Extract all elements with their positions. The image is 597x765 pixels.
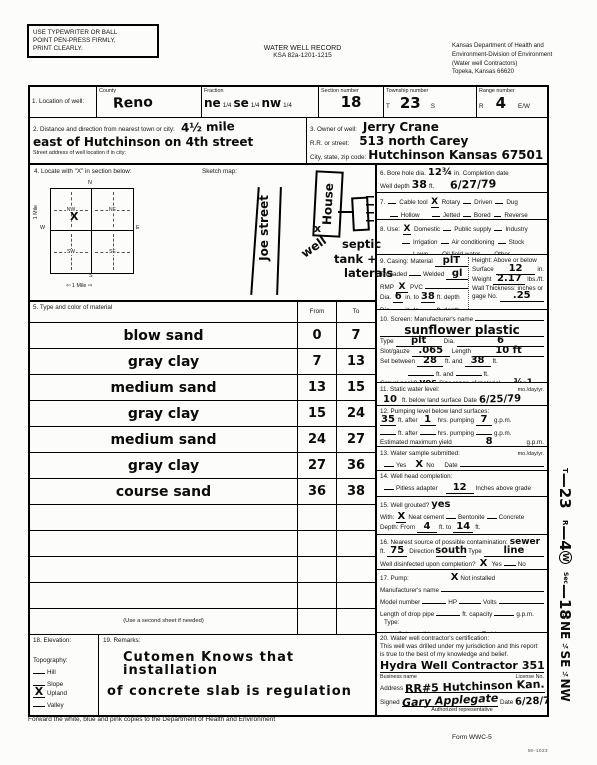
contamination-type-value: line bbox=[504, 546, 525, 556]
certification-line-2: is true to the best of my knowledge and … bbox=[380, 651, 544, 659]
est-yield-label: Estimated maximum yield bbox=[380, 439, 452, 447]
fraction-q3: nw bbox=[262, 97, 282, 109]
sample-mdy-label: mo./day/yr. bbox=[518, 451, 544, 457]
certification-line-1: This well was drilled under my jurisdict… bbox=[380, 643, 544, 651]
material-name: course sand bbox=[30, 485, 297, 499]
est-yield-value: 8 bbox=[486, 437, 493, 447]
method-bored: Bored bbox=[474, 212, 491, 220]
range-label: Range number bbox=[479, 88, 545, 94]
pitless-label: Pitless adapter bbox=[396, 485, 438, 493]
use-industry: Industry bbox=[505, 226, 527, 234]
section-5-materials: 5. Type and color of material From To bl… bbox=[30, 300, 375, 634]
pumping-ft-after: ft. after bbox=[398, 417, 418, 425]
remarks-line-1: Cutomen Knows that installation bbox=[123, 651, 371, 677]
bore-dia-value: 12¾ bbox=[428, 168, 452, 178]
material-to: 7 bbox=[336, 323, 375, 348]
section-14-wellhead: 14. Well head completion: Pitless adapte… bbox=[377, 471, 547, 496]
to-header: To bbox=[336, 302, 375, 322]
pumping-level-value: 35 bbox=[381, 415, 395, 425]
surface-label: Surface bbox=[472, 266, 494, 274]
method-cable-tool: Cable tool bbox=[399, 199, 427, 207]
county-value: Reno bbox=[113, 96, 153, 111]
margin-se: SE bbox=[558, 650, 572, 667]
section-2-3-row: 2. Distance and direction from nearest t… bbox=[30, 118, 547, 165]
disinfected-yes: Yes bbox=[491, 561, 501, 569]
slot-label: Slot/gauze bbox=[380, 348, 410, 356]
owner-label: 3. Owner of well: bbox=[310, 126, 357, 134]
method-dug: Dug bbox=[506, 199, 518, 207]
set-to-value: 38 bbox=[471, 356, 485, 366]
grout-ft: ft. bbox=[475, 524, 480, 532]
from-header: From bbox=[297, 302, 336, 322]
margin-quarters: ¼NE ¼SE ¼NW bbox=[558, 614, 572, 702]
grid-ne: NE bbox=[92, 189, 133, 231]
method-jetted: Jetted bbox=[443, 212, 460, 220]
section-19-remarks: 19. Remarks: Cutomen Knows that installa… bbox=[99, 635, 375, 715]
set-ft: ft. bbox=[493, 358, 498, 366]
township-suffix: S bbox=[431, 103, 435, 111]
instruction-line: USE TYPEWRITER OR BALL bbox=[33, 29, 153, 37]
screen-type-label: Type bbox=[380, 338, 394, 346]
form-body: 1. Location of well: County Reno Fractio… bbox=[28, 85, 549, 717]
pumping-hrs-label-2: hrs. pumping bbox=[438, 430, 474, 438]
casing-left: 9. Casing:MaterialplT ThreadedWeldedgl R… bbox=[380, 257, 468, 311]
material-row: medium sand 13 15 bbox=[30, 375, 375, 401]
gage-label: gage No. bbox=[472, 293, 498, 301]
gage-value: .25 bbox=[513, 291, 531, 301]
fraction-q2: se bbox=[233, 97, 248, 109]
material-from: 7 bbox=[297, 349, 336, 374]
section-17-pump: 17. Pump:XNot installed Manufacturer's n… bbox=[377, 570, 547, 633]
casing-depth-value: 38 bbox=[421, 292, 435, 302]
set-between-label: Set between bbox=[380, 358, 415, 366]
pump-mfr-label: Manufacturer's name bbox=[380, 587, 439, 595]
material-to: 13 bbox=[336, 349, 375, 374]
pumping-hrs-label: hrs. pumping bbox=[438, 417, 474, 425]
upland-x-mark: X bbox=[35, 686, 43, 697]
section-18-elevation: 18. Elevation: Topography: Hill Slope XU… bbox=[30, 635, 99, 715]
wellhead-label: 14. Well head completion: bbox=[380, 473, 544, 481]
material-to: 38 bbox=[336, 479, 375, 504]
sample-no-x-mark: X bbox=[415, 460, 423, 470]
section-18-19-row: 18. Elevation: Topography: Hill Slope XU… bbox=[30, 634, 375, 715]
margin-quarter-label: ¼ bbox=[562, 614, 569, 621]
material-from: 15 bbox=[297, 401, 336, 426]
concrete-label: Concrete bbox=[499, 514, 525, 522]
sample-label: 13. Water sample submitted: bbox=[380, 450, 460, 458]
margin-range: R—4W bbox=[556, 520, 574, 564]
pumping-gpm-label: g.p.m. bbox=[494, 417, 512, 425]
bore-in-label: in. bbox=[454, 170, 461, 178]
threaded-label: Threaded bbox=[380, 271, 407, 279]
locate-label: 4. Locate with "X" in section below: bbox=[34, 168, 132, 176]
cert-date-value: 6/28/79 bbox=[515, 696, 547, 707]
static-below-label: ft. below land surface bbox=[402, 397, 462, 405]
neat-cement-x-mark: X bbox=[397, 512, 405, 522]
business-name-label: Business name bbox=[380, 674, 417, 680]
pitless-height-value: 12 bbox=[453, 483, 467, 493]
sample-yes: Yes bbox=[396, 462, 406, 470]
est-gpm-label: g.p.m. bbox=[527, 439, 545, 447]
use-domestic: Domestic bbox=[414, 226, 440, 234]
quarter-label: 1/4 bbox=[223, 102, 232, 110]
sample-date-label: Date bbox=[444, 462, 457, 470]
disinfected-no: No bbox=[518, 561, 526, 569]
material-row-empty bbox=[30, 557, 375, 583]
topo-upland: Upland bbox=[47, 690, 67, 698]
water-well-record-sheet: USE TYPEWRITER OR BALL POINT PEN-PRESS F… bbox=[0, 0, 597, 765]
section-10-screen: 10. Screen:Manufacturer's name sunflower… bbox=[377, 310, 547, 382]
rr-label: R.R. or street: bbox=[310, 140, 349, 148]
statute-number: KSA 82a-1201-1215 bbox=[225, 52, 380, 59]
set2-ft-and: ft. and bbox=[436, 371, 454, 379]
casing-ft-depth: ft. depth bbox=[437, 294, 460, 302]
method-reverse-rotary: Reverse rotary bbox=[504, 212, 544, 220]
agency-line: Environment-Division of Environment bbox=[452, 51, 582, 60]
pump-gpm-label: g.p.m. bbox=[516, 611, 534, 619]
street-name: Joe street bbox=[258, 195, 270, 261]
elevation-label: 18. Elevation: bbox=[33, 637, 95, 645]
county-cell: County Reno bbox=[97, 87, 202, 117]
not-installed-x-mark: X bbox=[451, 573, 459, 583]
range-value: 4 bbox=[496, 96, 506, 111]
section-15-grout: 15. Well grouted?yes With:XNeat cementBe… bbox=[377, 497, 547, 535]
length-value: 10 ft bbox=[495, 346, 522, 356]
footer-note: Forward the white, blue and pink copies … bbox=[28, 716, 275, 724]
bore-label: 6. Bore hole dia. bbox=[380, 170, 426, 178]
owner-name: Jerry Crane bbox=[363, 121, 439, 133]
grout-answer: yes bbox=[431, 500, 450, 510]
casing-right: Height: Above or below Surface12in. Weig… bbox=[468, 257, 544, 311]
method-num: 7. bbox=[380, 199, 385, 207]
material-to: 27 bbox=[336, 427, 375, 452]
well-label: well bbox=[299, 234, 328, 260]
range-suffix: E/W bbox=[518, 103, 530, 111]
rr-value: 513 north Carey bbox=[359, 135, 468, 147]
material-from: 36 bbox=[297, 479, 336, 504]
remarks-line-2: of concrete slab is regulation bbox=[107, 685, 371, 698]
contamination-ft-label: ft. bbox=[380, 548, 385, 556]
business-name-value: Hydra Well Contractor bbox=[380, 660, 518, 671]
material-name: gray clay bbox=[30, 459, 297, 473]
margin-ne: NE bbox=[558, 621, 572, 639]
material-row-empty bbox=[30, 531, 375, 557]
static-level-value: 10 bbox=[383, 395, 397, 405]
agency-line: Kansas Department of Health and bbox=[452, 42, 582, 51]
surface-value: 12 bbox=[509, 264, 523, 274]
instruction-box: USE TYPEWRITER OR BALL POINT PEN-PRESS F… bbox=[27, 24, 159, 58]
instruction-line: POINT PEN-PRESS FIRMLY, bbox=[33, 37, 153, 45]
drop-pipe-label: Length of drop pipe bbox=[380, 611, 434, 619]
address-label: Address bbox=[380, 685, 403, 693]
certification-label: 20. Water well contractor's certificatio… bbox=[380, 635, 544, 643]
pump-label: 17. Pump: bbox=[380, 575, 409, 583]
contamination-type-label: Type bbox=[468, 548, 482, 556]
method-hollow-rod: Hollow rod bbox=[401, 212, 430, 220]
section-8-use: 8. Use: XDomestic Public supply Industry… bbox=[377, 220, 547, 255]
material-name: medium sand bbox=[30, 381, 297, 395]
page-title: WATER WELL RECORD bbox=[225, 45, 380, 52]
section-16-contamination: 16. Nearest source of possible contamina… bbox=[377, 535, 547, 570]
section-3-owner: 3. Owner of well: Jerry Crane R.R. or st… bbox=[307, 118, 547, 163]
margin-section-label: Sec bbox=[562, 572, 569, 584]
well-depth-ft: ft. bbox=[429, 183, 434, 191]
material-row: course sand 36 38 bbox=[30, 479, 375, 505]
margin-section: Sec—18 bbox=[556, 572, 574, 620]
grid-x-mark: X bbox=[70, 211, 78, 222]
mile-bottom-label: ⇦ 1 Mile ⇨ bbox=[66, 283, 92, 289]
static-date-value: 6/25/79 bbox=[479, 394, 521, 405]
material-row: gray clay 27 36 bbox=[30, 453, 375, 479]
right-column: 6. Bore hole dia. 12¾ in. Completion dat… bbox=[377, 165, 547, 717]
agency-block: Kansas Department of Health and Environm… bbox=[452, 42, 582, 77]
domestic-x-mark: X bbox=[403, 225, 410, 234]
pumping-label: 12. Pumping level below land surfaces: bbox=[380, 408, 544, 416]
set-from-value: 28 bbox=[423, 356, 437, 366]
use-stock: Stock bbox=[509, 239, 525, 247]
material-from: 24 bbox=[297, 427, 336, 452]
section-7-method: 7. Cable tool XRotary Driven Dug Hollow … bbox=[377, 193, 547, 220]
city-value: Hutchinson Kansas 67501 bbox=[368, 149, 543, 161]
completion-date-value: 6/27/79 bbox=[450, 178, 497, 191]
section-number-cell: Section number 18 bbox=[319, 87, 384, 117]
township-value: 23 bbox=[400, 96, 421, 111]
grout-with-label: With: bbox=[380, 514, 394, 522]
license-value: 351 bbox=[522, 660, 545, 671]
material-to: 15 bbox=[336, 375, 375, 400]
distance-label: 2. Distance and direction from nearest t… bbox=[33, 126, 175, 134]
use-num: 8. Use: bbox=[380, 226, 400, 234]
model-label: Model number bbox=[380, 599, 420, 607]
not-installed-label: Not installed bbox=[460, 575, 495, 583]
static-level-label: 11. Static water level: bbox=[380, 386, 439, 394]
rotary-x-mark: X bbox=[431, 198, 438, 207]
city-label: City, state, zip code: bbox=[310, 154, 366, 162]
static-mdy-label: mo./day/yr. bbox=[518, 387, 544, 393]
casing-dia-label: Dia. bbox=[380, 294, 391, 302]
welded-value: gl bbox=[452, 269, 463, 279]
fraction-label: Fraction bbox=[204, 88, 316, 94]
form-number: Form WWC-5 bbox=[452, 734, 492, 742]
section-6-bore-hole: 6. Bore hole dia. 12¾ in. Completion dat… bbox=[377, 165, 547, 193]
fraction-cell: Fraction ne 1/4 se 1/4 nw 1/4 bbox=[202, 87, 319, 117]
cert-date-label: Date bbox=[500, 699, 513, 707]
margin-range-value: —4 bbox=[556, 525, 574, 550]
signed-label: Signed bbox=[380, 699, 400, 707]
section-12-pumping: 12. Pumping level below land surfaces: 3… bbox=[377, 406, 547, 447]
use-air-conditioning: Air conditioning bbox=[452, 239, 495, 247]
range-prefix: R bbox=[479, 103, 484, 111]
length-label: Length bbox=[452, 348, 471, 356]
street-address-label: Street address of well location if in ci… bbox=[33, 150, 303, 156]
disinfected-yes-x-mark: X bbox=[480, 559, 488, 569]
above-grade-label: Inches above grade bbox=[476, 485, 531, 493]
screen-dia-label: Dia. bbox=[444, 338, 455, 346]
sample-no: No bbox=[426, 462, 434, 470]
street-line-right bbox=[276, 187, 282, 295]
print-code: MI-1023 bbox=[528, 748, 548, 753]
hp-label: HP bbox=[448, 599, 457, 607]
casing-material-label: Material bbox=[410, 258, 432, 266]
direction-value: south bbox=[435, 546, 467, 556]
material-name: gray clay bbox=[30, 407, 297, 421]
left-column: 4. Locate with "X" in section below: Ske… bbox=[30, 165, 377, 717]
section-11-static-level: 11. Static water level:mo./day/yr. 10ft.… bbox=[377, 383, 547, 406]
agency-line: (Water well Contractors) bbox=[452, 60, 582, 69]
pumping-gpm-value: 7 bbox=[481, 415, 488, 425]
well-depth-value: 38 bbox=[412, 179, 427, 190]
grout-ft-to: ft. to bbox=[439, 524, 451, 532]
set2-ft: ft. bbox=[484, 371, 489, 379]
house-label: House bbox=[321, 183, 335, 226]
material-to: 24 bbox=[336, 401, 375, 426]
section-13-sample: 13. Water sample submitted:mo./day/yr. Y… bbox=[377, 447, 547, 471]
title-block: WATER WELL RECORD KSA 82a-1201-1215 bbox=[225, 45, 380, 59]
location-label: 1. Location of well: bbox=[30, 87, 97, 117]
section-2-distance: 2. Distance and direction from nearest t… bbox=[30, 118, 307, 163]
house-box: House bbox=[312, 170, 343, 237]
material-row: gray clay 15 24 bbox=[30, 401, 375, 427]
grid-sw: SW bbox=[51, 231, 92, 273]
casing-label: 9. Casing: bbox=[380, 258, 408, 266]
compass-n: N bbox=[88, 180, 92, 186]
quarter-label: 1/4 bbox=[251, 102, 260, 110]
material-to: 36 bbox=[336, 453, 375, 478]
margin-range-west: W bbox=[559, 551, 572, 564]
material-from: 13 bbox=[297, 375, 336, 400]
volts-label: Volts bbox=[483, 599, 497, 607]
material-name: blow sand bbox=[30, 329, 297, 343]
section-9-casing: 9. Casing:MaterialplT ThreadedWeldedgl R… bbox=[377, 255, 547, 311]
material-name: medium sand bbox=[30, 433, 297, 447]
compass-e: E bbox=[136, 225, 140, 231]
grout-from-value: 4 bbox=[424, 522, 431, 532]
capacity-label: ft. capacity bbox=[462, 611, 492, 619]
section-grid: NW NE SW SE bbox=[50, 188, 134, 274]
distance-value-1: 4½ mile bbox=[181, 120, 235, 134]
pumping-ft-after-2: ft. after bbox=[398, 430, 418, 438]
pump-type-label: Type: bbox=[384, 619, 544, 627]
direction-label: Direction bbox=[409, 548, 434, 556]
material-from: 27 bbox=[297, 453, 336, 478]
surface-in: in. bbox=[537, 266, 544, 274]
contamination-distance: 75 bbox=[390, 546, 404, 556]
agency-line: Topeka, Kansas 66620 bbox=[452, 68, 582, 77]
method-rotary: Rotary bbox=[442, 199, 461, 207]
material-name: gray clay bbox=[30, 355, 297, 369]
welded-label: Welded bbox=[423, 271, 444, 279]
margin-township: T—23 bbox=[556, 468, 574, 509]
static-date-label: Date bbox=[464, 397, 477, 405]
material-from: 0 bbox=[297, 323, 336, 348]
section-4-locate: 4. Locate with "X" in section below: Ske… bbox=[30, 165, 375, 300]
quarter-label: 1/4 bbox=[283, 102, 292, 110]
sketch-map-label: Sketch map: bbox=[202, 168, 237, 176]
topo-valley: Valley bbox=[47, 702, 64, 710]
margin-township-value: —23 bbox=[556, 473, 574, 509]
pumping-hours-value: 1 bbox=[424, 415, 431, 425]
mile-left-label: 1 Mile bbox=[33, 205, 39, 219]
materials-label: 5. Type and color of material bbox=[33, 304, 112, 311]
material-row: gray clay 7 13 bbox=[30, 349, 375, 375]
set-ft-and: ft. and bbox=[445, 358, 463, 366]
method-driven: Driven bbox=[474, 199, 492, 207]
disinfected-label: Well disinfected upon completion? bbox=[380, 561, 475, 569]
casing-dia-value: 6 bbox=[395, 292, 402, 302]
distance-value-2: east of Hutchinson on 4th street bbox=[33, 136, 303, 148]
topography-label: Topography: bbox=[33, 657, 95, 665]
material-row-empty bbox=[30, 583, 375, 609]
material-note-row: (Use a second sheet if needed) bbox=[30, 609, 375, 634]
topo-slope: Slope bbox=[47, 681, 63, 689]
casing-in-to: in. to bbox=[405, 294, 419, 302]
use-public-supply: Public supply bbox=[454, 226, 491, 234]
grout-to-value: 14 bbox=[456, 522, 470, 532]
weight-value: 2.17 bbox=[497, 274, 522, 284]
pumping-gpm-label-2: g.p.m. bbox=[494, 430, 512, 438]
grout-depth-label: Depth: From bbox=[380, 524, 415, 532]
section-number-value: 18 bbox=[321, 95, 381, 110]
township-prefix: T bbox=[386, 103, 390, 111]
rmp-label: RMP bbox=[380, 284, 394, 292]
grid-se: SE bbox=[92, 231, 133, 273]
fraction-q1: ne bbox=[204, 97, 221, 109]
second-sheet-note: (Use a second sheet if needed) bbox=[30, 618, 297, 625]
grout-label: 15. Well grouted? bbox=[380, 502, 429, 510]
section-1-location: 1. Location of well: County Reno Fractio… bbox=[30, 87, 547, 118]
compass-s: S bbox=[89, 273, 93, 279]
material-row: blow sand 0 7 bbox=[30, 323, 375, 349]
weight-label: Weight bbox=[472, 276, 491, 284]
section-20-certification: 20. Water well contractor's certificatio… bbox=[377, 633, 547, 717]
material-row: medium sand 24 27 bbox=[30, 427, 375, 453]
compass-w: W bbox=[40, 225, 45, 231]
weight-lbs: lbs./ft. bbox=[527, 276, 544, 284]
laterals-lines bbox=[366, 196, 374, 228]
material-row-empty bbox=[30, 505, 375, 531]
well-depth-label: Well depth bbox=[380, 183, 410, 191]
remarks-label: 19. Remarks: bbox=[103, 637, 371, 645]
range-cell: Range number R 4 E/W bbox=[477, 87, 547, 117]
topo-hill: Hill bbox=[47, 669, 56, 677]
use-irrigation: Irrigation bbox=[413, 239, 438, 247]
casing-material-value: plT bbox=[443, 256, 460, 266]
instruction-line: PRINT CLEARLY. bbox=[33, 45, 153, 53]
wall-thickness-label: Wall Thickness: inches or bbox=[472, 285, 544, 293]
township-cell: Township number T 23 S bbox=[384, 87, 477, 117]
margin-nw: NW bbox=[558, 678, 572, 701]
